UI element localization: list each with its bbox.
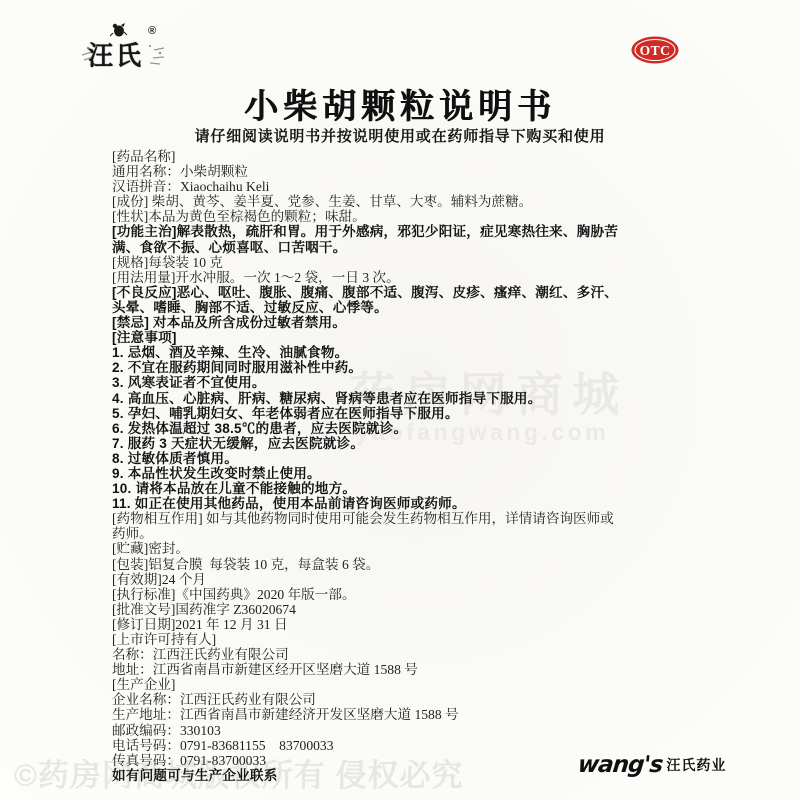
document-line: [禁忌] 对本品及所含成份过敏者禁用。: [112, 315, 712, 330]
document-line: [执行标准]《中国药典》2020 年版一部。: [112, 587, 712, 602]
footer-brand-logo: wang's 汪氏药业: [578, 750, 726, 780]
page-title: 小柴胡颗粒说明书: [0, 79, 800, 128]
document-line: 7. 服药 3 天症状无缓解，应去医院就诊。: [112, 436, 712, 451]
document-line: 9. 本品性状发生改变时禁止使用。: [112, 466, 712, 481]
document-line: 2. 不宜在服药期间同时服用滋补性中药。: [112, 360, 712, 375]
document-line: [生产企业]: [112, 677, 712, 692]
footer-brand-script: wang's: [577, 752, 664, 778]
document-line: 1. 忌烟、酒及辛辣、生冷、油腻食物。: [112, 345, 712, 360]
document-line: 3. 风寒表证者不宜使用。: [112, 375, 712, 390]
document-line: [药品名称]: [112, 149, 712, 164]
document-line: [批准文号]国药准字 Z36020674: [112, 602, 712, 617]
document-line: 邮政编码：330103: [112, 723, 712, 738]
otc-badge-label: OTC: [640, 43, 671, 58]
document-line: [不良反应]恶心、呕吐、腹胀、腹痛、腹部不适、腹泻、皮疹、瘙痒、潮红、多汗、: [112, 285, 712, 300]
document-line: [上市许可持有人]: [112, 632, 712, 647]
document-line: [修订日期]2021 年 12 月 31 日: [112, 617, 712, 632]
document-line: 8. 过敏体质者慎用。: [112, 451, 712, 466]
otc-badge: OTC: [631, 36, 679, 64]
document-line: 4. 高血压、心脏病、肝病、糖尿病、肾病等患者应在医师指导下服用。: [112, 391, 712, 406]
document-line: 10. 请将本品放在儿童不能接触的地方。: [112, 481, 712, 496]
document-line: [用法用量]开水冲服。一次 1～2 袋，一日 3 次。: [112, 270, 712, 285]
document-line: 药师。: [112, 526, 712, 541]
document-line: 头晕、嗜睡、胸部不适、过敏反应、心悸等。: [112, 300, 712, 315]
document-line: [规格]每袋装 10 克: [112, 255, 712, 270]
document-line: 名称：江西汪氏药业有限公司: [112, 647, 712, 662]
document-body: [药品名称]通用名称：小柴胡颗粒汉语拼音：Xiaochaihu Keli[成份]…: [112, 149, 712, 783]
footer-brand-name: 汪氏药业: [666, 755, 726, 775]
page-subtitle: 请仔细阅读说明书并按说明使用或在药师指导下购买和使用: [0, 125, 800, 146]
document-line: [药物相互作用] 如与其他药物同时使用可能会发生药物相互作用，详情请咨询医师或: [112, 511, 712, 526]
document-line: 汉语拼音：Xiaochaihu Keli: [112, 179, 712, 194]
document-line: [成份] 柴胡、黄芩、姜半夏、党参、生姜、甘草、大枣。辅料为蔗糖。: [112, 194, 712, 209]
brand-logo-text: 汪氏: [88, 35, 144, 73]
document-line: 6. 发热体温超过 38.5℃的患者，应去医院就诊。: [112, 421, 712, 436]
document-line: [包装]铝复合膜 每袋装 10 克，每盒装 6 袋。: [112, 557, 712, 572]
drug-leaflet-page: 药房网商城 yaofangwang.com ©药房网商城版权所有 侵权必究 ® …: [0, 0, 800, 800]
document-line: [贮藏]密封。: [112, 541, 712, 556]
wangs-brand-logo: ® 汪氏: [88, 22, 208, 77]
document-line: 5. 孕妇、哺乳期妇女、年老体弱者应在医师指导下服用。: [112, 406, 712, 421]
document-line: 生产地址：江西省南昌市新建经济开发区坚磨大道 1588 号: [112, 707, 712, 722]
document-line: 地址：江西省南昌市新建区经开区坚磨大道 1588 号: [112, 662, 712, 677]
document-line: [性状]本品为黄色至棕褐色的颗粒；味甜。: [112, 209, 712, 224]
document-line: 11. 如正在使用其他药品，使用本品前请咨询医师或药师。: [112, 496, 712, 511]
document-line: [有效期]24 个月: [112, 572, 712, 587]
document-line: 企业名称：江西汪氏药业有限公司: [112, 692, 712, 707]
document-line: 满、食欲不振、心烦喜呕、口苦咽干。: [112, 240, 712, 255]
registered-trademark-icon: ®: [148, 25, 156, 37]
document-line: [注意事项]: [112, 330, 712, 345]
document-line: 通用名称：小柴胡颗粒: [112, 164, 712, 179]
document-line: [功能主治]解表散热，疏肝和胃。用于外感病，邪犯少阳证，症见寒热往来、胸胁苦: [112, 224, 712, 239]
